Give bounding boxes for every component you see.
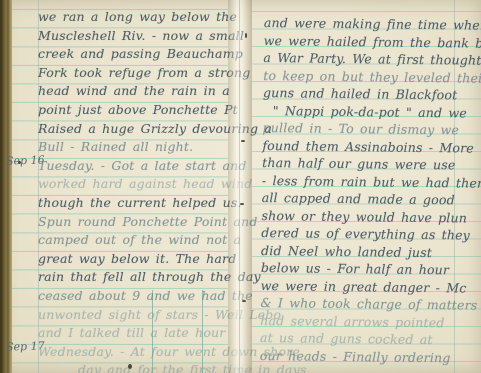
- gutter-ink-tick: [242, 300, 246, 302]
- handwritten-line: great way below it. The hard: [38, 250, 234, 269]
- ink-speck: [18, 161, 21, 164]
- handwritten-line: worked hard against head wind: [38, 175, 234, 194]
- handwritten-line: rain that fell all through the day: [38, 268, 234, 287]
- left-page: Sep 16 Sep 17 we ran a long way below th…: [12, 0, 228, 373]
- handwritten-line: ceased about 9 and we had the: [38, 287, 234, 306]
- handwritten-line: dered us of everything as they: [261, 224, 475, 244]
- handwritten-line: Muscleshell Riv. - now a small: [38, 27, 234, 46]
- handwritten-line: Wednesday. - At four went down shore: [38, 343, 234, 362]
- handwritten-line: unwonted sight of stars - Weil Lebo: [38, 306, 234, 325]
- handwritten-line: creek and passing Beauchamp: [38, 45, 234, 64]
- gutter-crease: [239, 0, 240, 373]
- handwritten-line: and I talked till a late hour: [38, 324, 234, 343]
- handwritten-line: to keep on but they leveled their: [263, 66, 477, 86]
- handwritten-line: Spun round Ponchette Point and: [38, 213, 234, 232]
- handwritten-line: below us - For half an hour: [261, 259, 475, 279]
- handwritten-line: Tuesday. - Got a late start and: [38, 157, 234, 176]
- left-page-text: we ran a long way below the Muscleshell …: [38, 8, 234, 373]
- right-page-text: and were making fine time when we were h…: [260, 14, 478, 367]
- diary-scan: Sep 16 Sep 17 we ran a long way below th…: [0, 0, 481, 373]
- book-binding-edge: [0, 0, 12, 373]
- handwritten-line: our heads - Finally ordering: [260, 346, 474, 366]
- handwritten-line: though the current helped us.: [38, 194, 234, 213]
- handwritten-line: guns and hailed in Blackfoot: [263, 84, 477, 104]
- handwritten-line: pulled in - To our dismay we: [263, 119, 477, 139]
- gutter-ink-tick: [245, 33, 247, 38]
- handwritten-line: we ran a long way below the: [38, 8, 234, 27]
- gutter-ink-tick: [240, 203, 244, 205]
- right-page: and were making fine time when we were h…: [252, 0, 481, 373]
- page-gutter: [228, 0, 252, 373]
- handwritten-line: all capped and made a good: [262, 189, 476, 209]
- handwritten-line: and were making fine time when: [264, 14, 478, 34]
- handwritten-line: day and for the first time in days: [38, 361, 234, 373]
- gutter-ink-tick: [241, 140, 245, 142]
- handwritten-line: Raised a huge Grizzly devouring a: [38, 120, 234, 139]
- ink-speck: [128, 364, 132, 369]
- handwritten-line: camped out of the wind not a: [38, 231, 234, 250]
- handwritten-line: Fork took refuge from a strong: [38, 64, 234, 83]
- handwritten-line: point just above Ponchette Pt: [38, 101, 234, 120]
- handwritten-line: than half our guns were use: [262, 154, 476, 174]
- handwritten-line: Bull - Rained all night.: [38, 138, 234, 157]
- handwritten-line: head wind and the rain in a: [38, 82, 234, 101]
